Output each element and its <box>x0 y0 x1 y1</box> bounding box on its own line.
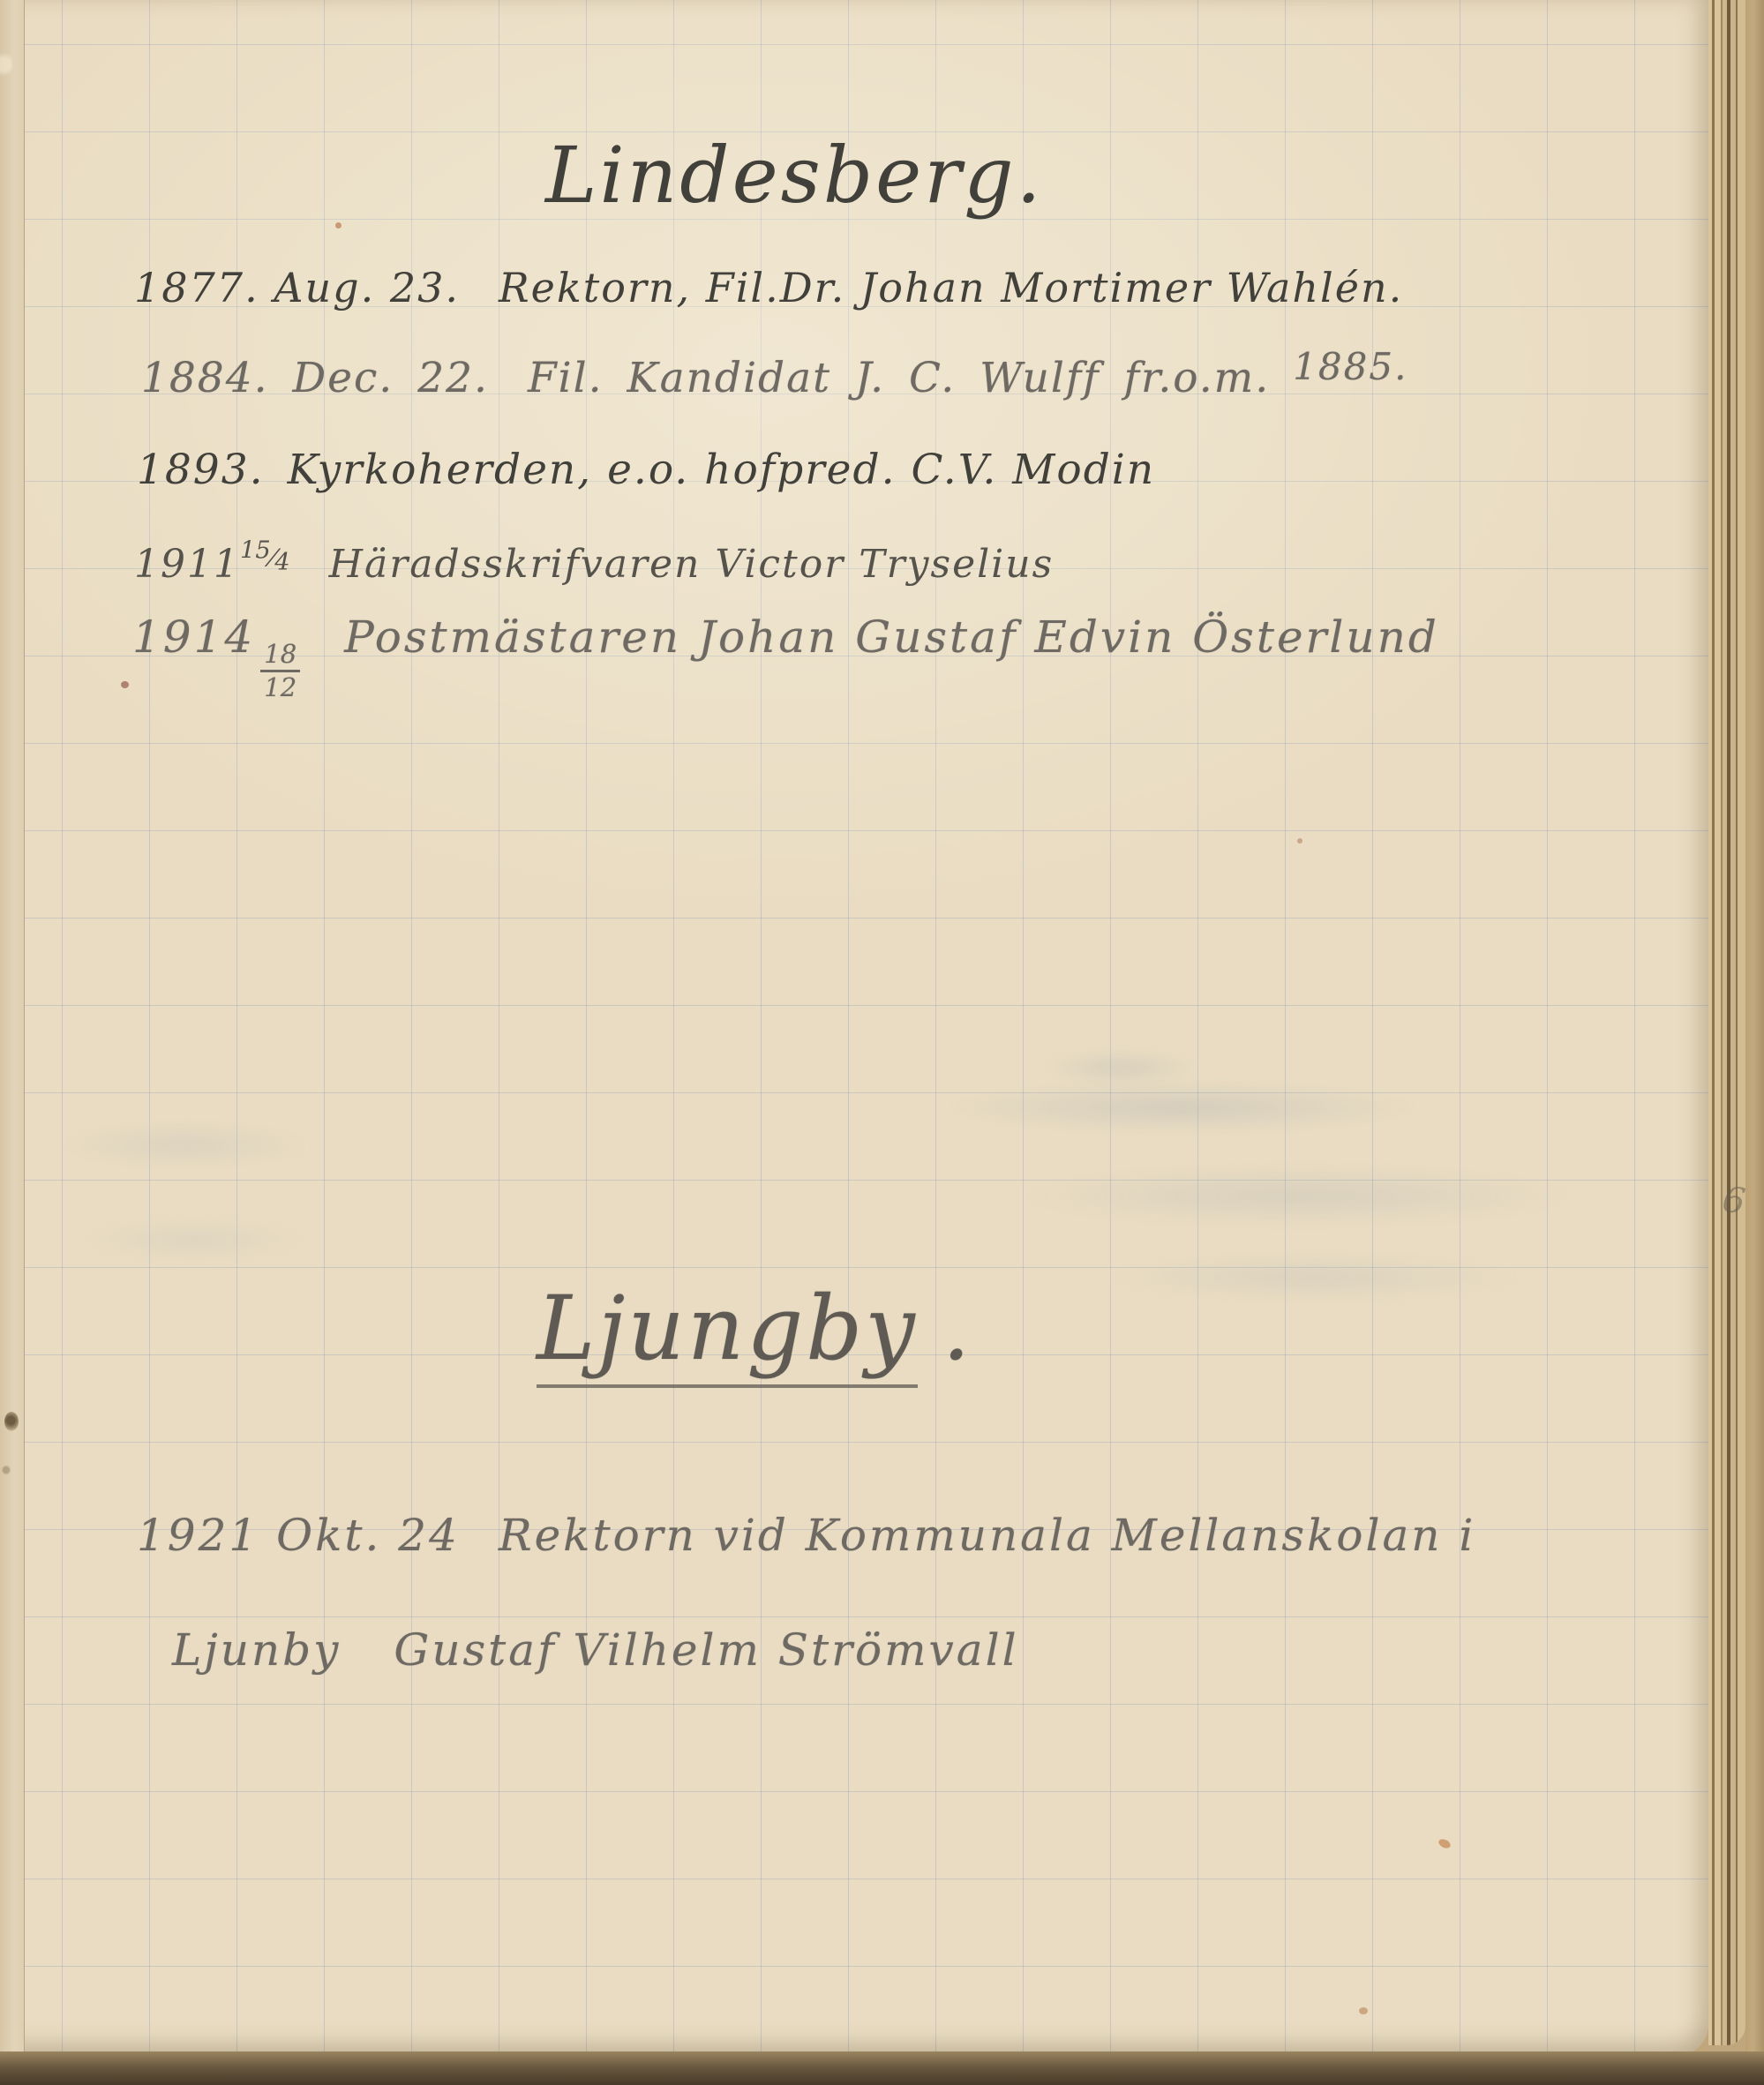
section-title-word: Ljungby <box>537 1278 918 1388</box>
section-title-ljungby: Ljungby. <box>537 1278 973 1388</box>
book-bottom-edge <box>0 2051 1764 2085</box>
binding-edge <box>0 0 25 2056</box>
fraction-denominator: 12 <box>264 672 297 701</box>
section-title-lindesberg: Lindesberg. <box>545 131 1044 220</box>
entry-year: 1914 <box>132 611 255 663</box>
entry-date: 1893. <box>137 446 265 494</box>
ink-bleed-smudge <box>1103 1253 1527 1301</box>
entry-text: Rektorn vid Kommunala Mellanskolan i <box>499 1510 1475 1561</box>
ink-bleed-smudge <box>1015 1165 1580 1226</box>
entry-text: Gustaf Vilhelm Strömvall <box>394 1624 1018 1676</box>
entry-date: 1884. Dec. 22. <box>141 354 489 402</box>
entry-text: Rektorn, Fil.Dr. Johan Mortimer Wahlén. <box>499 264 1403 311</box>
scanned-notebook-spread: Lindesberg. 1877. Aug. 23.Rektorn, Fil.D… <box>0 0 1764 2085</box>
page-stack-edges <box>1708 0 1745 2045</box>
fraction-numerator: 18 <box>260 641 300 671</box>
entry-text: Fil. Kandidat J. C. Wulff fr.o.m. <box>528 354 1270 402</box>
entry-text: Häradsskrifvaren Victor Tryselius <box>329 542 1055 587</box>
foxing-speck <box>1359 2007 1368 2014</box>
stitch-hole <box>4 1412 19 1431</box>
paper-notch <box>0 51 12 78</box>
entry-year: 1911 <box>134 542 240 587</box>
ink-bleed-smudge <box>935 1081 1430 1134</box>
foxing-speck <box>1297 838 1302 844</box>
fraction-denominator: 4 <box>274 549 289 576</box>
entry-line: 19141812Postmästaren Johan Gustaf Edvin … <box>132 612 1439 701</box>
entry-line: 1877. Aug. 23.Rektorn, Fil.Dr. Johan Mor… <box>134 265 1403 311</box>
ink-bleed-smudge <box>53 1121 318 1169</box>
entry-text: Postmästaren Johan Gustaf Edvin Österlun… <box>344 611 1439 663</box>
entry-date-fraction: 1812 <box>260 641 300 701</box>
entry-line: LjunbyGustaf Vilhelm Strömvall <box>172 1625 1019 1676</box>
fraction-numerator: 15 <box>240 536 271 564</box>
foxing-speck <box>335 222 342 229</box>
notebook-page: Lindesberg. 1877. Aug. 23.Rektorn, Fil.D… <box>0 0 1708 2056</box>
entry-line: 1884. Dec. 22.Fil. Kandidat J. C. Wulff … <box>141 355 1407 402</box>
ink-bleed-smudge <box>79 1218 309 1262</box>
entry-date-fraction: 15⁄4 <box>240 545 290 573</box>
ink-bleed-smudge <box>1041 1050 1200 1085</box>
entry-date: 1877. Aug. 23. <box>134 264 460 311</box>
entry-line: 1893.Kyrkoherden, e.o. hofpred. C.V. Mod… <box>137 446 1155 494</box>
foxing-speck <box>121 681 129 688</box>
foxing-speck <box>1437 1837 1452 1849</box>
entry-place: Ljunby <box>172 1624 341 1676</box>
entry-line: 1921 Okt. 24Rektorn vid Kommunala Mellan… <box>137 1511 1475 1562</box>
entry-date: 1921 Okt. 24 <box>137 1510 460 1561</box>
section-title-period: . <box>942 1278 973 1379</box>
entry-text: Kyrkoherden, e.o. hofpred. C.V. Modin <box>288 446 1156 494</box>
stitch-hole <box>2 1465 11 1475</box>
entry-line: 191115⁄4Häradsskrifvaren Victor Tryseliu… <box>134 536 1054 587</box>
entry-year-suffix: 1885. <box>1293 346 1407 388</box>
book-fore-edge <box>1745 0 1764 2085</box>
